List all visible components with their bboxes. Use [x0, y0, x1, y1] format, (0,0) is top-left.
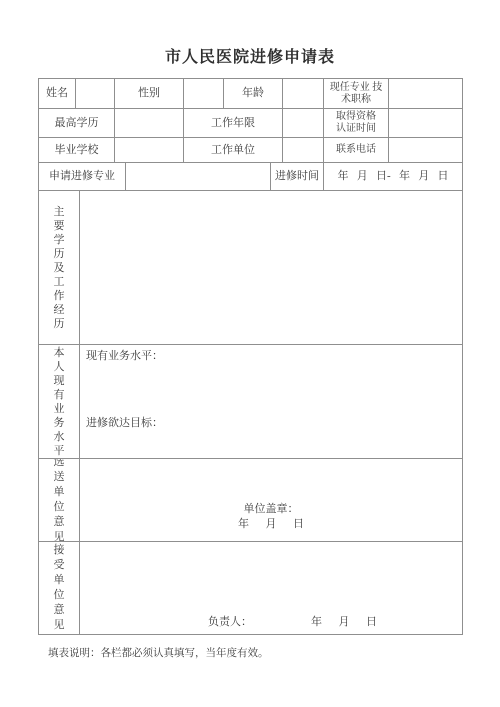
form-instructions-note: 填表说明：各栏都必须认真填写，当年度有效。 [48, 645, 269, 660]
study-period-label-cell: 进修时间 [271, 163, 324, 191]
age-value-cell [283, 79, 324, 109]
name-value-cell [76, 79, 115, 109]
manager-signature-label: 负责人： [208, 616, 252, 629]
gender-label-cell: 性别 [115, 79, 184, 109]
name-label-cell: 姓名 [39, 79, 76, 109]
history-section-content-cell [80, 191, 463, 345]
study-goal-line: 进修欲达目标： [86, 417, 163, 430]
history-section-label: 主要学历及工作经历 [53, 205, 65, 331]
history-section-label-cell: 主要学历及工作经历 [39, 191, 80, 345]
receiving-unit-date-line: 年 月 日 [311, 616, 377, 629]
sending-unit-signature-block: 单位盖章： 年 月 日 [80, 503, 462, 531]
work-years-value-cell [283, 109, 324, 138]
receiving-unit-section-label-cell: 接受单位意见 [39, 542, 80, 635]
current-level-section-label: 本人现有业务水平 [53, 346, 65, 458]
apply-specialty-label-cell: 申请进修专业 [39, 163, 126, 191]
work-unit-value-cell [283, 138, 324, 163]
application-form-table: 姓名 性别 年龄 现任专业 技 术职称 最高学历 工作年限 取得资格 认证时间 … [38, 78, 463, 635]
qualification-time-label-cell: 取得资格 认证时间 [324, 109, 389, 138]
age-label-cell: 年龄 [224, 79, 283, 109]
work-unit-label-cell: 工作单位 [184, 138, 283, 163]
sending-unit-section-content-cell: 单位盖章： 年 月 日 [80, 459, 463, 542]
gender-value-cell [184, 79, 224, 109]
study-period-value-cell: 年 月 日- 年 月 日 [324, 163, 463, 191]
apply-specialty-value-cell [126, 163, 271, 191]
professional-title-label-cell: 现任专业 技 术职称 [324, 79, 389, 109]
highest-education-value-cell [115, 109, 184, 138]
current-level-section-label-cell: 本人现有业务水平 [39, 345, 80, 459]
contact-phone-label-cell: 联系电话 [324, 138, 389, 163]
professional-title-value-cell [389, 79, 463, 109]
sending-unit-section-label: 选送单位意见 [53, 459, 65, 542]
sending-unit-section-label-cell: 选送单位意见 [39, 459, 80, 542]
receiving-unit-section-content-cell: 负责人： 年 月 日 [80, 542, 463, 635]
qualification-time-value-cell [389, 109, 463, 138]
receiving-unit-section-label: 接受单位意见 [53, 543, 65, 633]
graduate-school-label-cell: 毕业学校 [39, 138, 115, 163]
contact-phone-value-cell [389, 138, 463, 163]
page-title: 市人民医院进修申请表 [0, 44, 500, 67]
application-form-page: 市人民医院进修申请表 姓名 性别 年龄 现任专业 技 术职称 最高学历 工作年限… [0, 0, 500, 707]
current-level-section-content-cell: 现有业务水平： 进修欲达目标： [80, 345, 463, 459]
work-years-label-cell: 工作年限 [184, 109, 283, 138]
highest-education-label-cell: 最高学历 [39, 109, 115, 138]
current-level-line: 现有业务水平： [86, 350, 163, 363]
sending-unit-date-line: 年 月 日 [238, 518, 304, 531]
unit-seal-line: 单位盖章： [244, 503, 299, 516]
graduate-school-value-cell [115, 138, 184, 163]
